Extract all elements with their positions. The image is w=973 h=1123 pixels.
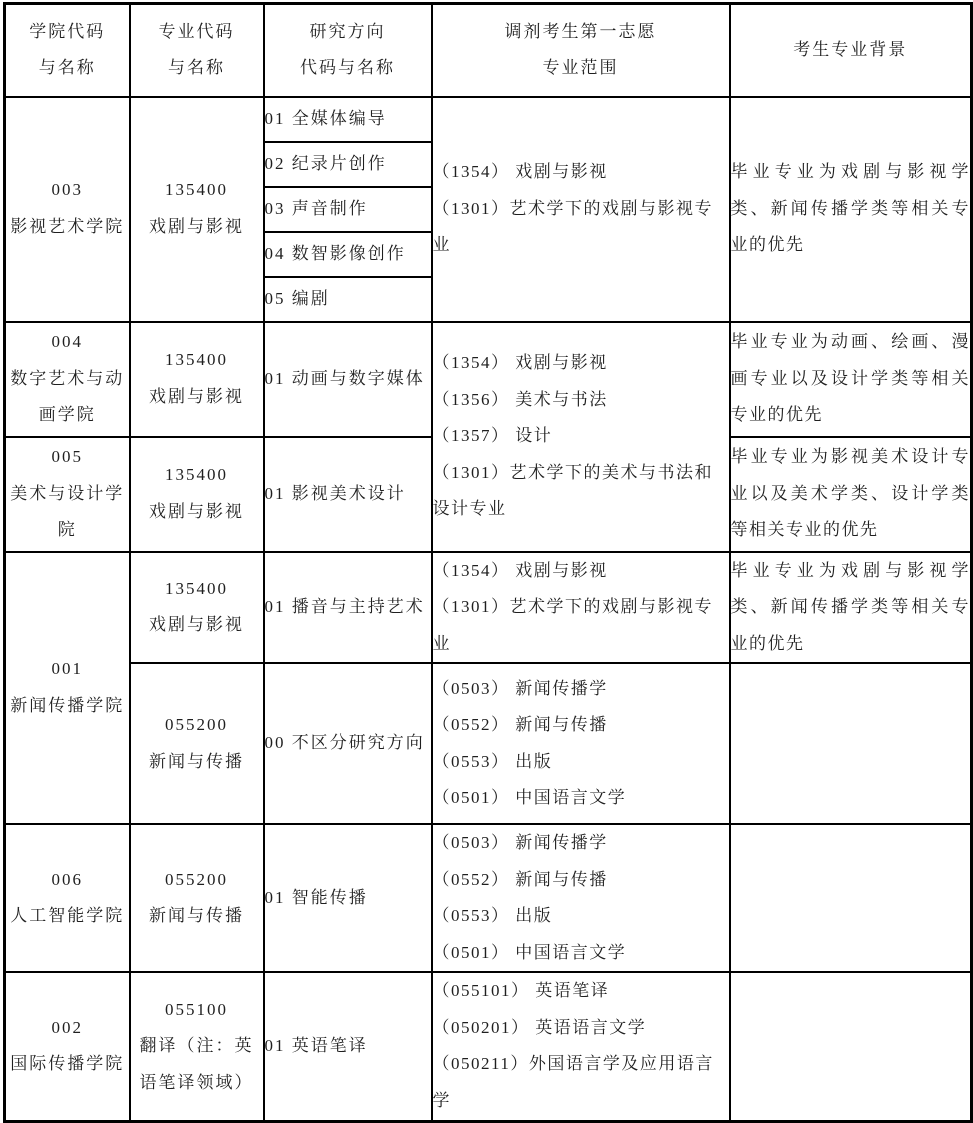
first-choice-item: （0503） 新闻传播学	[433, 825, 729, 862]
table-row: 055200 新闻与传播 00 不区分研究方向 （0503） 新闻传播学 （05…	[5, 663, 972, 824]
cell-background-empty	[730, 824, 972, 972]
first-choice-item: （0553） 出版	[433, 744, 729, 781]
college-name: 新闻传播学院	[6, 688, 129, 725]
header-major-line2: 与名称	[131, 50, 263, 87]
cell-college-003: 003 影视艺术学院	[5, 97, 130, 322]
first-choice-item: （0501） 中国语言文学	[433, 935, 729, 972]
major-name: 戏剧与影视	[131, 209, 263, 246]
cell-direction-bianju: 05 编剧	[264, 277, 432, 322]
cell-background-003: 毕业专业为戏剧与影视学类、新闻传播学类等相关专业的优先	[730, 97, 972, 322]
cell-direction-boyin: 01 播音与主持艺术	[264, 552, 432, 664]
header-direction-line2: 代码与名称	[265, 50, 431, 87]
cell-direction-biyi: 01 英语笔译	[264, 972, 432, 1121]
first-choice-item: （1354） 戏剧与影视	[433, 345, 729, 382]
major-code: 135400	[131, 571, 263, 608]
header-first-choice-line1: 调剂考生第一志愿	[433, 14, 729, 51]
college-code: 004	[6, 324, 129, 361]
table-row: 001 新闻传播学院 135400 戏剧与影视 01 播音与主持艺术 （1354…	[5, 552, 972, 664]
college-code: 002	[6, 1010, 129, 1047]
cell-major-055100: 055100 翻译（注：英语笔译领域）	[130, 972, 264, 1121]
cell-background-004: 毕业专业为动画、绘画、漫画专业以及设计学类等相关专业的优先	[730, 322, 972, 437]
college-name: 影视艺术学院	[6, 209, 129, 246]
major-name: 新闻与传播	[131, 898, 263, 935]
cell-college-002: 002 国际传播学院	[5, 972, 130, 1121]
college-name: 美术与设计学院	[6, 476, 129, 549]
cell-college-006: 006 人工智能学院	[5, 824, 130, 972]
cell-first-choice-002: （055101） 英语笔译 （050201） 英语语言文学 （050211）外国…	[432, 972, 730, 1121]
document-page: 学院代码 与名称 专业代码 与名称 研究方向 代码与名称 调剂考生第一志愿 专业…	[0, 2, 973, 1085]
major-name: 戏剧与影视	[131, 607, 263, 644]
table-row: 004 数字艺术与动画学院 135400 戏剧与影视 01 动画与数字媒体 （1…	[5, 322, 972, 437]
cell-college-005: 005 美术与设计学院	[5, 437, 130, 552]
cell-college-001: 001 新闻传播学院	[5, 552, 130, 825]
first-choice-item: （1301）艺术学下的戏剧与影视专业	[433, 589, 729, 662]
cell-direction-jilupian: 02 纪录片创作	[264, 142, 432, 187]
major-code: 135400	[131, 342, 263, 379]
table-row: 002 国际传播学院 055100 翻译（注：英语笔译领域） 01 英语笔译 （…	[5, 972, 972, 1121]
header-background-line1: 考生专业背景	[731, 32, 971, 69]
cell-major-055200: 055200 新闻与传播	[130, 663, 264, 824]
cell-background-001a: 毕业专业为戏剧与影视学类、新闻传播学类等相关专业的优先	[730, 552, 972, 664]
college-name: 国际传播学院	[6, 1046, 129, 1083]
first-choice-item: （1354） 戏剧与影视	[433, 154, 729, 191]
major-code: 055200	[131, 707, 263, 744]
first-choice-item: （1356） 美术与书法	[433, 382, 729, 419]
header-first-choice: 调剂考生第一志愿 专业范围	[432, 4, 730, 97]
cell-first-choice-001b: （0503） 新闻传播学 （0552） 新闻与传播 （0553） 出版 （050…	[432, 663, 730, 824]
cell-first-choice-006: （0503） 新闻传播学 （0552） 新闻与传播 （0553） 出版 （050…	[432, 824, 730, 972]
first-choice-item: （050211）外国语言学及应用语言学	[433, 1046, 729, 1119]
first-choice-item: （1301）艺术学下的戏剧与影视专业	[433, 191, 729, 264]
table-header-row: 学院代码 与名称 专业代码 与名称 研究方向 代码与名称 调剂考生第一志愿 专业…	[5, 4, 972, 97]
first-choice-item: （1301）艺术学下的美术与书法和设计专业	[433, 455, 729, 528]
college-code: 006	[6, 862, 129, 899]
college-name: 数字艺术与动画学院	[6, 361, 129, 434]
cell-first-choice-004-005: （1354） 戏剧与影视 （1356） 美术与书法 （1357） 设计 （130…	[432, 322, 730, 552]
cell-direction-shuzhi: 04 数智影像创作	[264, 232, 432, 277]
major-name: 戏剧与影视	[131, 494, 263, 531]
cell-direction-quanmeiti: 01 全媒体编导	[264, 97, 432, 142]
cell-direction-donghua: 01 动画与数字媒体	[264, 322, 432, 437]
major-code: 135400	[131, 457, 263, 494]
cell-major-135400: 135400 戏剧与影视	[130, 97, 264, 322]
cell-major-135400: 135400 戏剧与影视	[130, 322, 264, 437]
header-college-line1: 学院代码	[6, 14, 129, 51]
college-code: 001	[6, 651, 129, 688]
major-code: 055200	[131, 862, 263, 899]
cell-major-135400: 135400 戏剧与影视	[130, 552, 264, 664]
major-name: 翻译（注：英语笔译领域）	[131, 1028, 263, 1101]
college-code: 003	[6, 172, 129, 209]
first-choice-item: （1354） 戏剧与影视	[433, 553, 729, 590]
cell-major-055200: 055200 新闻与传播	[130, 824, 264, 972]
header-major: 专业代码 与名称	[130, 4, 264, 97]
cell-background-005: 毕业专业为影视美术设计专业以及美术学类、设计学类等相关专业的优先	[730, 437, 972, 552]
table-row: 003 影视艺术学院 135400 戏剧与影视 01 全媒体编导 （1354） …	[5, 97, 972, 142]
adjustment-table: 学院代码 与名称 专业代码 与名称 研究方向 代码与名称 调剂考生第一志愿 专业…	[3, 2, 973, 1123]
cell-direction-buqufen: 00 不区分研究方向	[264, 663, 432, 824]
header-direction-line1: 研究方向	[265, 14, 431, 51]
first-choice-item: （0503） 新闻传播学	[433, 671, 729, 708]
first-choice-item: （1357） 设计	[433, 418, 729, 455]
header-college: 学院代码 与名称	[5, 4, 130, 97]
first-choice-item: （0552） 新闻与传播	[433, 707, 729, 744]
first-choice-item: （055101） 英语笔译	[433, 973, 729, 1010]
cell-direction-shengyin: 03 声音制作	[264, 187, 432, 232]
cell-background-empty	[730, 972, 972, 1121]
cell-college-004: 004 数字艺术与动画学院	[5, 322, 130, 437]
major-code: 135400	[131, 172, 263, 209]
cell-first-choice-001a: （1354） 戏剧与影视 （1301）艺术学下的戏剧与影视专业	[432, 552, 730, 664]
first-choice-item: （0553） 出版	[433, 898, 729, 935]
cell-major-135400: 135400 戏剧与影视	[130, 437, 264, 552]
college-name: 人工智能学院	[6, 898, 129, 935]
first-choice-item: （0501） 中国语言文学	[433, 780, 729, 817]
major-name: 新闻与传播	[131, 744, 263, 781]
cell-first-choice-003: （1354） 戏剧与影视 （1301）艺术学下的戏剧与影视专业	[432, 97, 730, 322]
cell-background-empty	[730, 663, 972, 824]
table-row: 006 人工智能学院 055200 新闻与传播 01 智能传播 （0503） 新…	[5, 824, 972, 972]
major-name: 戏剧与影视	[131, 379, 263, 416]
first-choice-item: （0552） 新闻与传播	[433, 862, 729, 899]
header-first-choice-line2: 专业范围	[433, 50, 729, 87]
first-choice-item: （050201） 英语语言文学	[433, 1010, 729, 1047]
header-background: 考生专业背景	[730, 4, 972, 97]
header-college-line2: 与名称	[6, 50, 129, 87]
cell-direction-zhineng: 01 智能传播	[264, 824, 432, 972]
header-major-line1: 专业代码	[131, 14, 263, 51]
cell-direction-meishu: 01 影视美术设计	[264, 437, 432, 552]
header-direction: 研究方向 代码与名称	[264, 4, 432, 97]
college-code: 005	[6, 439, 129, 476]
major-code: 055100	[131, 992, 263, 1029]
